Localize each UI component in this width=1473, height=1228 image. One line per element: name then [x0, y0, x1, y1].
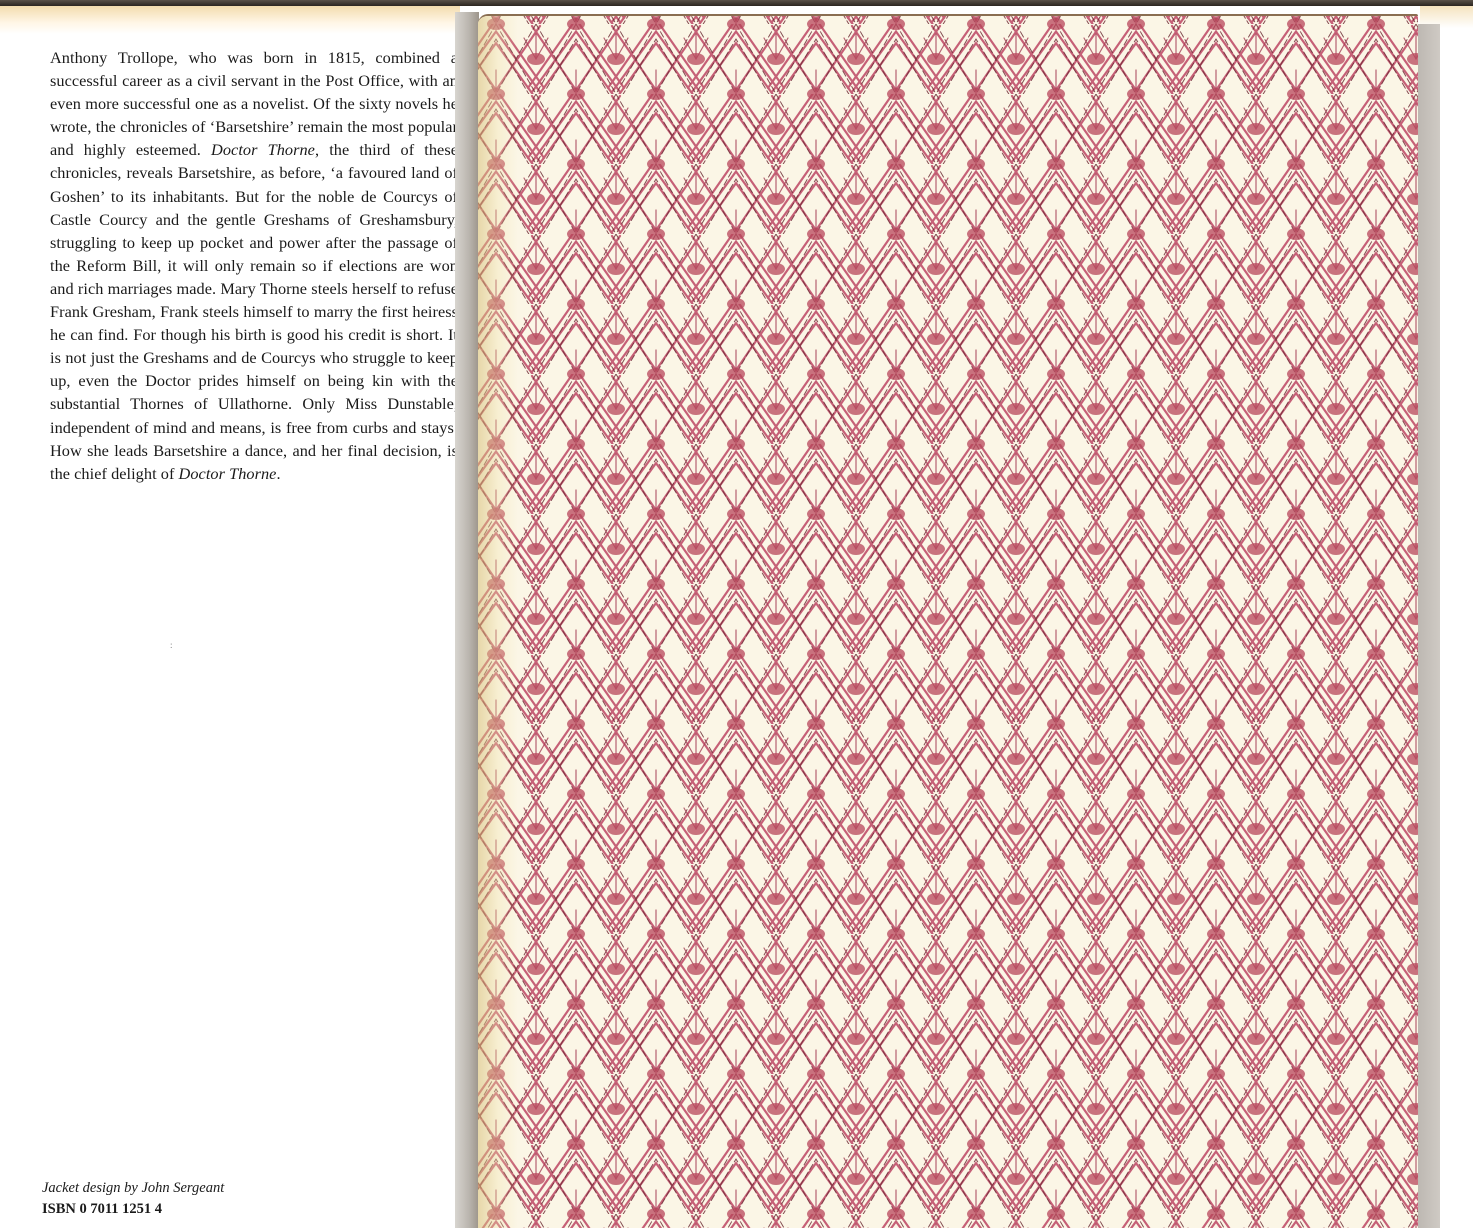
isbn: ISBN 0 7011 1251 4 — [42, 1201, 162, 1218]
book-title-italic: Doctor Thorne — [211, 140, 315, 159]
book-cover — [478, 14, 1418, 1228]
blurb-segment: . — [276, 464, 280, 483]
stray-mark: : — [170, 640, 173, 650]
page-edge-shadow — [1418, 24, 1440, 1228]
lattice-pattern — [478, 16, 1418, 1228]
blurb-segment: , the third of these chronicles, reveals… — [50, 140, 458, 482]
blurb-text: Anthony Trollope, who was born in 1815, … — [50, 46, 458, 485]
book-title-italic: Doctor Thorne — [179, 464, 277, 483]
spine-shadow — [455, 12, 479, 1228]
blurb-paragraph: Anthony Trollope, who was born in 1815, … — [50, 46, 458, 485]
jacket-design-credit: Jacket design by John Sergeant — [42, 1180, 224, 1197]
jacket-flap: Anthony Trollope, who was born in 1815, … — [0, 0, 456, 1228]
